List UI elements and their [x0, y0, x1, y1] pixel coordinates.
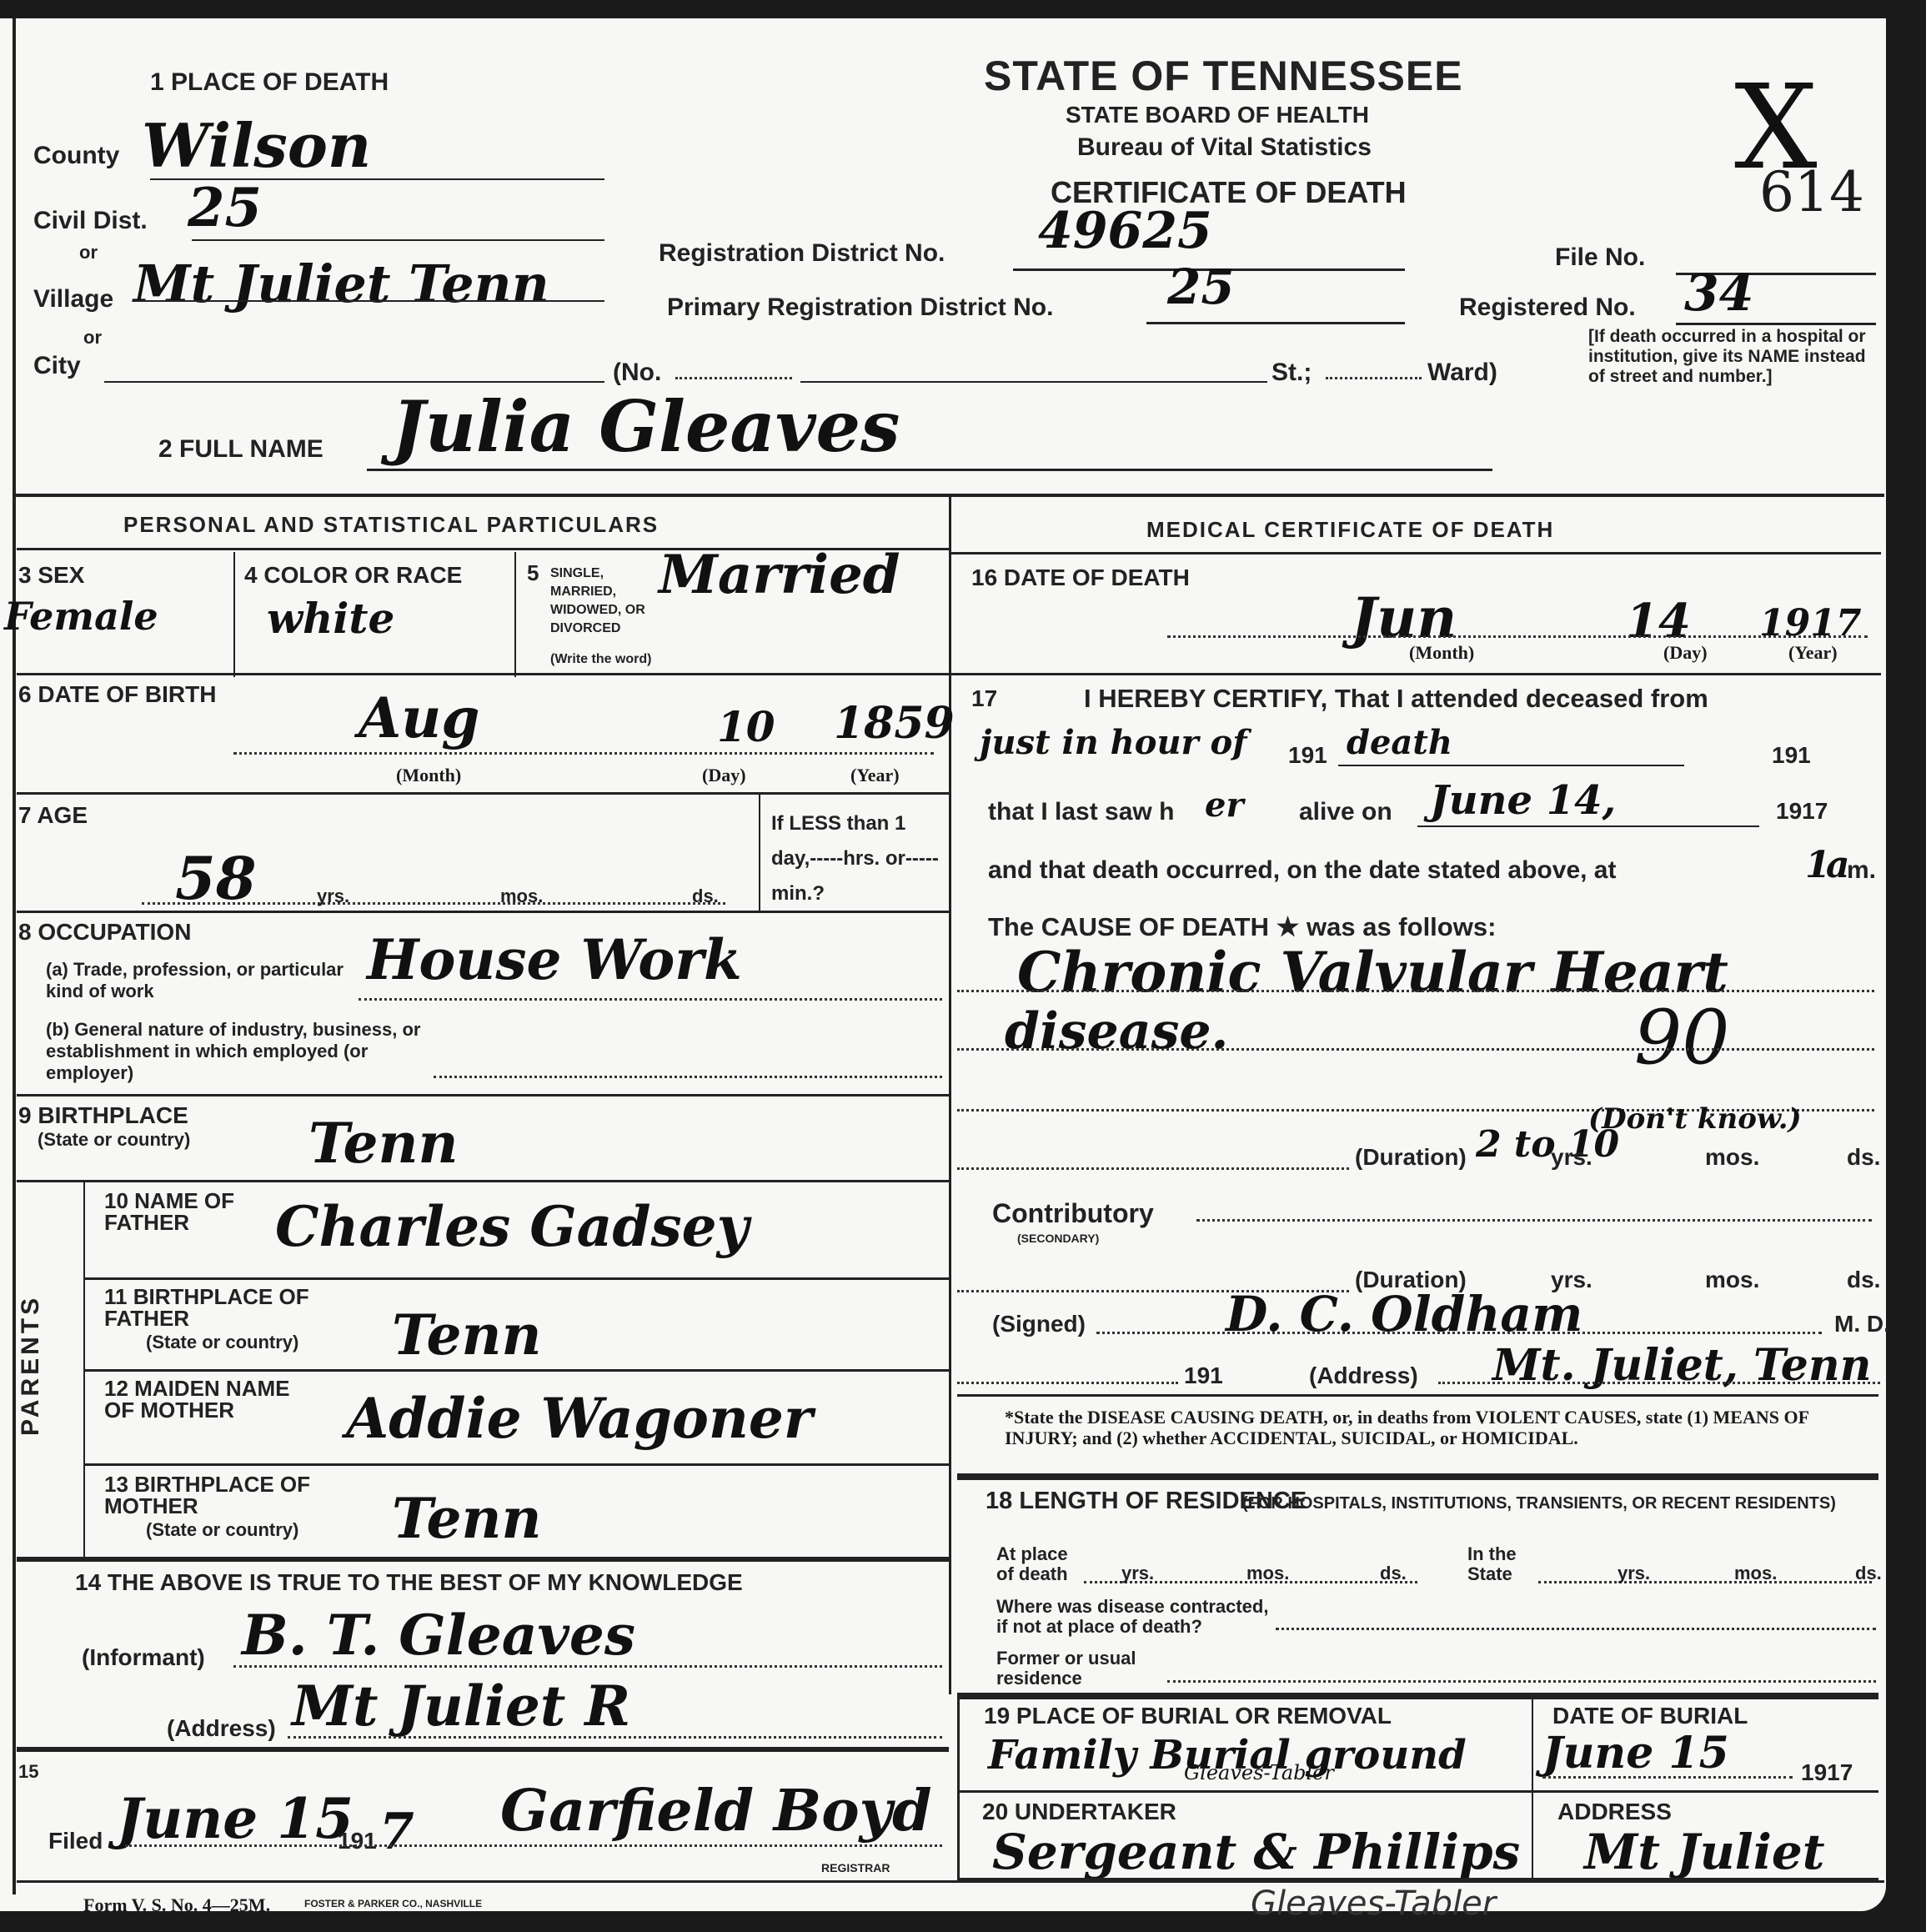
occupation-label: 8 OCCUPATION	[18, 919, 191, 946]
yrs-caption: yrs.	[317, 886, 349, 907]
row-line	[957, 1394, 1878, 1397]
father-name-value: Charles Gadsey	[275, 1194, 749, 1259]
sex-value: Female	[4, 594, 158, 639]
birthplace-hint: (State or country)	[38, 1129, 190, 1151]
parents-label: PARENTS	[17, 1295, 45, 1436]
last-saw-year: 1917	[1776, 798, 1828, 825]
filed-year-prefix: 191	[338, 1828, 377, 1854]
primary-district-value: 25	[1167, 258, 1235, 315]
dod-label: 16 DATE OF DEATH	[971, 565, 1190, 591]
dob-year: 1859	[834, 698, 955, 749]
row-line	[17, 792, 949, 795]
mother-name-value: Addie Wagoner	[346, 1386, 813, 1451]
age-label: 7 AGE	[18, 802, 88, 829]
contributory-label: Contributory	[992, 1198, 1154, 1229]
street-number-label: (No.	[613, 359, 661, 387]
county-value: Wilson	[142, 110, 371, 181]
row-line	[17, 1180, 949, 1182]
day-caption: (Day)	[1663, 642, 1708, 664]
or-text: or	[79, 242, 98, 263]
state-title: STATE OF TENNESSEE	[984, 52, 1463, 100]
or-text: or	[83, 327, 102, 349]
city-label: City	[33, 352, 81, 380]
civil-dist-line	[192, 239, 604, 241]
registered-no-label: Registered No.	[1459, 294, 1636, 322]
informant-label: (Informant)	[82, 1644, 205, 1671]
occurred-suffix: m.	[1847, 856, 1876, 885]
contracted-line	[1276, 1628, 1876, 1630]
undertaker-address-value: Mt Juliet	[1584, 1824, 1825, 1880]
last-saw-date: June 14,	[1430, 777, 1616, 824]
street-number-line	[675, 377, 792, 379]
ds-caption: ds.	[692, 886, 719, 907]
cell-divider	[233, 552, 235, 677]
primary-district-label: Primary Registration District No.	[667, 294, 1053, 322]
last-saw-prefix: that I last saw h	[988, 798, 1174, 826]
row-line	[17, 673, 949, 675]
undertaker-value: Sergeant & Phillips	[992, 1824, 1520, 1880]
month-caption: (Month)	[396, 765, 461, 786]
occupation-a-line	[359, 998, 942, 1001]
place-of-death-heading: 1 PLACE OF DEATH	[150, 68, 389, 97]
margin-note: Gleaves-Tabler	[1251, 1884, 1496, 1923]
certify-number: 17	[971, 685, 997, 712]
sex-label: 3 SEX	[18, 562, 84, 589]
dod-month: Jun	[1351, 585, 1457, 650]
dod-line	[1167, 635, 1868, 638]
ward-line	[1326, 377, 1422, 379]
civil-dist-value: 25	[188, 177, 262, 239]
sig-date-line	[957, 1382, 1178, 1384]
certificate-number: 614	[1759, 160, 1864, 224]
registered-no-value: 34	[1684, 264, 1754, 323]
attended-from: just in hour of	[980, 723, 1246, 762]
form-number: Form V. S. No. 4—25M.	[83, 1894, 270, 1916]
filed-number: 15	[18, 1761, 38, 1783]
informant-address-value: Mt Juliet R	[292, 1674, 630, 1739]
dod-day: 14	[1626, 594, 1691, 649]
bureau-title: Bureau of Vital Statistics	[1077, 133, 1372, 162]
informant-address-line	[288, 1736, 942, 1739]
cause-line	[957, 1048, 1874, 1051]
day-caption: (Day)	[702, 765, 746, 786]
attended-year2: 191	[1772, 742, 1811, 769]
physician-address-line	[1438, 1382, 1880, 1384]
birthplace-value: Tenn	[308, 1111, 459, 1176]
occupation-a-label: (a) Trade, profession, or particular kin…	[46, 959, 363, 1002]
left-border	[13, 18, 16, 1894]
dob-month: Aug	[359, 685, 479, 750]
mother-birthplace-value: Tenn	[392, 1486, 542, 1551]
cause-line2: disease.	[1005, 1002, 1228, 1061]
contracted-label: Where was disease contracted, if not at …	[996, 1597, 1271, 1637]
file-no-label: File No.	[1555, 243, 1645, 272]
marital-options: SINGLE, MARRIED, WIDOWED, OR DIVORCED	[550, 565, 667, 638]
registered-no-line	[1676, 323, 1876, 325]
last-saw-mid: alive on	[1299, 798, 1392, 826]
dob-line	[233, 752, 934, 755]
cause-label: The CAUSE OF DEATH ★ was as follows:	[988, 912, 1496, 942]
residence-note: (FOR HOSPITALS, INSTITUTIONS, TRANSIENTS…	[1242, 1493, 1893, 1514]
secondary-label: (SECONDARY)	[1017, 1232, 1099, 1245]
row-line	[957, 1693, 1878, 1699]
row-line	[17, 1557, 949, 1562]
in-state-line	[1538, 1581, 1872, 1583]
former-residence-line	[1167, 1680, 1876, 1683]
marital-number: 5	[527, 560, 539, 586]
attended-line	[1338, 765, 1684, 766]
attended-year1: 191	[1288, 742, 1327, 769]
father-birthplace-hint: (State or country)	[146, 1332, 298, 1353]
burial-date-value: June 15	[1542, 1728, 1729, 1779]
occupation-b-line	[434, 1076, 942, 1078]
cause-line1: Chronic Valvular Heart	[1017, 940, 1728, 1005]
attended-to: death	[1347, 723, 1452, 762]
duration-line	[957, 1167, 1349, 1170]
yrs-caption: yrs.	[1121, 1563, 1154, 1584]
cell-divider	[759, 794, 760, 911]
signed-line	[1096, 1332, 1822, 1334]
printer-credit: FOSTER & PARKER CO., NASHVILLE	[304, 1898, 482, 1909]
yrs-caption: yrs.	[1551, 1144, 1592, 1171]
filed-label: Filed	[48, 1828, 103, 1854]
signed-label: (Signed)	[992, 1311, 1086, 1337]
informant-value: B. T. Gleaves	[242, 1603, 635, 1668]
hospital-note: [If death occurred in a hospital or inst…	[1588, 327, 1880, 387]
row-line	[85, 1277, 949, 1280]
village-value: Mt Juliet Tenn	[133, 253, 549, 314]
occupation-a-value: House Work	[367, 927, 742, 992]
row-line	[17, 911, 949, 913]
informant-heading: 14 THE ABOVE IS TRUE TO THE BEST OF MY K…	[75, 1569, 743, 1596]
age-line	[142, 902, 725, 905]
father-birthplace-label: 11 BIRTHPLACE OF FATHER	[104, 1286, 321, 1329]
race-value: white	[267, 594, 394, 643]
street-line	[800, 381, 1267, 383]
row-line	[951, 552, 1881, 555]
registration-district-value: 49625	[1038, 202, 1212, 260]
street-label: St.;	[1271, 359, 1312, 387]
death-certificate-page: STATE OF TENNESSEE STATE BOARD OF HEALTH…	[0, 18, 1886, 1911]
mos-caption: mos.	[1705, 1144, 1759, 1171]
burial-date-year: 1917	[1801, 1759, 1853, 1786]
burial-date-line	[1542, 1776, 1793, 1779]
in-state-label: In the State	[1467, 1544, 1542, 1584]
sig-year: 191	[1184, 1362, 1223, 1389]
civil-dist-label: Civil Dist.	[33, 207, 148, 235]
yrs-caption: yrs.	[1618, 1563, 1650, 1584]
registration-district-label: Registration District No.	[659, 239, 945, 268]
cause-line	[957, 990, 1874, 992]
row-line	[957, 1790, 1878, 1793]
dod-year: 1917	[1759, 602, 1861, 645]
father-birthplace-value: Tenn	[392, 1302, 542, 1367]
duration-label: (Duration)	[1355, 1144, 1467, 1171]
dob-day: 10	[717, 702, 775, 751]
former-residence-label: Former or usual residence	[996, 1648, 1163, 1689]
certify-text: I HEREBY CERTIFY, That I attended deceas…	[1084, 684, 1708, 714]
duration-note: (Don't know.)	[1588, 1102, 1802, 1136]
burial-date-label: DATE OF BURIAL	[1552, 1703, 1748, 1729]
primary-district-line	[1146, 322, 1405, 324]
full-name-label: 2 FULL NAME	[158, 435, 324, 464]
physician-address-label: (Address)	[1309, 1362, 1418, 1389]
ds-caption: ds.	[1847, 1144, 1880, 1171]
row-line	[85, 1369, 949, 1372]
filed-year-suffix: 7	[379, 1803, 414, 1861]
last-saw-line	[1417, 825, 1759, 827]
registrar-signature: Garfield Boyd	[500, 1778, 932, 1844]
filed-line	[125, 1844, 942, 1847]
birthplace-label: 9 BIRTHPLACE	[18, 1102, 188, 1129]
cause-footnote: *State the DISEASE CAUSING DEATH, or, in…	[1005, 1407, 1880, 1448]
year-caption: (Year)	[850, 765, 900, 786]
contributory-line	[1196, 1219, 1872, 1222]
at-place-label: At place of death	[996, 1544, 1088, 1584]
month-caption: (Month)	[1409, 642, 1474, 664]
cause-annotation: 90	[1634, 994, 1730, 1081]
ds-caption: ds.	[1847, 1267, 1880, 1293]
medical-section-title: MEDICAL CERTIFICATE OF DEATH	[1146, 517, 1554, 543]
less-than-day: If LESS than 1 day,-----hrs. or-----min.…	[771, 806, 946, 911]
burial-place-annotation: Gleaves-Tabler	[1184, 1761, 1334, 1784]
mos-caption: mos.	[1246, 1563, 1289, 1584]
marital-value: Married	[659, 544, 900, 606]
race-label: 4 COLOR OR RACE	[244, 562, 462, 589]
mos-caption: mos.	[1705, 1267, 1759, 1293]
mos-caption: mos.	[1734, 1563, 1777, 1584]
village-label: Village	[33, 285, 113, 314]
row-line	[957, 1878, 1878, 1881]
burial-left-border	[957, 1694, 960, 1882]
ds-caption: ds.	[1855, 1563, 1882, 1584]
year-caption: (Year)	[1788, 642, 1838, 664]
undertaker-address-label: ADDRESS	[1557, 1799, 1672, 1825]
ds-caption: ds.	[1380, 1563, 1407, 1584]
village-line	[133, 300, 604, 302]
last-saw-pronoun: er	[1205, 785, 1244, 825]
full-name-line	[367, 469, 1492, 471]
occurred-text: and that death occurred, on the date sta…	[988, 856, 1616, 885]
marital-hint: (Write the word)	[550, 652, 651, 667]
city-line	[104, 381, 604, 383]
full-name-value: Julia Gleaves	[392, 385, 900, 468]
row-line	[957, 1473, 1878, 1480]
filed-date: June 15	[117, 1786, 354, 1851]
row-line	[17, 1094, 949, 1096]
mos-caption: mos.	[500, 886, 543, 907]
md-caption: M. D.	[1834, 1311, 1890, 1337]
mother-name-label: 12 MAIDEN NAME OF MOTHER	[104, 1377, 321, 1421]
occupation-b-label: (b) General nature of industry, business…	[46, 1019, 438, 1084]
informant-line	[233, 1665, 942, 1668]
burial-divider	[1532, 1694, 1533, 1882]
row-line	[951, 673, 1881, 675]
registrar-caption: REGISTRAR	[821, 1861, 890, 1874]
mother-birthplace-label: 13 BIRTHPLACE OF MOTHER	[104, 1473, 321, 1517]
undertaker-label: 20 UNDERTAKER	[982, 1799, 1176, 1825]
mother-birthplace-hint: (State or country)	[146, 1519, 298, 1541]
informant-address-label: (Address)	[167, 1715, 276, 1742]
row-line	[17, 1747, 949, 1752]
cell-divider	[514, 552, 516, 677]
burial-place-label: 19 PLACE OF BURIAL OR REMOVAL	[984, 1703, 1392, 1729]
county-label: County	[33, 142, 119, 170]
board-title: STATE BOARD OF HEALTH	[1066, 102, 1369, 128]
father-name-label: 10 NAME OF FATHER	[104, 1190, 271, 1233]
row-line	[85, 1463, 949, 1466]
ward-label: Ward)	[1427, 359, 1497, 387]
dob-label: 6 DATE OF BIRTH	[18, 681, 216, 708]
personal-section-title: PERSONAL AND STATISTICAL PARTICULARS	[123, 512, 659, 538]
